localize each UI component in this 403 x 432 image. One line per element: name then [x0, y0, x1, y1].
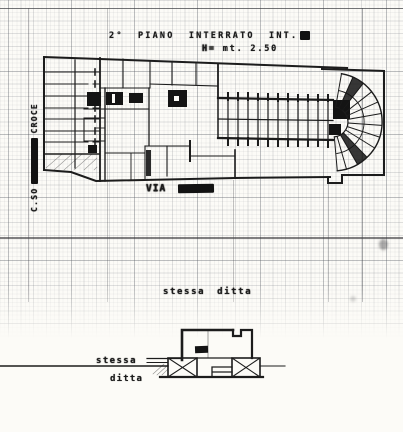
street-label-left: C.SO CROCE	[26, 70, 42, 212]
parking-stalls	[218, 93, 350, 147]
title-text: 2° PIANO INTERRATO INT.	[109, 31, 298, 41]
note-ditta-bottom: ditta	[110, 374, 143, 384]
redacted-int-number	[300, 31, 310, 40]
hatch-texture	[46, 154, 97, 170]
scanned-floor-plan-page: { "title_block": { "line1": "2° PIANO IN…	[0, 0, 403, 432]
street-left-prefix: C.SO	[30, 188, 39, 212]
spiral-ramp	[329, 74, 382, 171]
title-line-2: H= mt. 2.50	[202, 44, 278, 54]
street-left-suffix: CROCE	[30, 103, 39, 134]
ink-blob	[195, 346, 208, 353]
stair-step	[212, 367, 232, 377]
note-stessa-bottom: stessa	[96, 356, 137, 366]
stair-cores	[87, 90, 187, 176]
street-label-center: VIA	[146, 183, 214, 194]
storage-rooms	[44, 58, 100, 181]
title-line-1: 2° PIANO INTERRATO INT.	[109, 31, 310, 41]
door-hook	[233, 330, 252, 358]
note-stessa-ditta-center: stessa ditta	[163, 287, 252, 297]
detail-plan	[0, 330, 285, 377]
via-text: VIA	[146, 183, 166, 194]
redacted-street-name-center	[178, 184, 214, 194]
height-value: mt. 2.50	[216, 44, 278, 54]
height-symbol: H=	[202, 44, 216, 54]
redacted-street-name	[31, 138, 38, 184]
floor-plan-drawing	[0, 0, 403, 432]
